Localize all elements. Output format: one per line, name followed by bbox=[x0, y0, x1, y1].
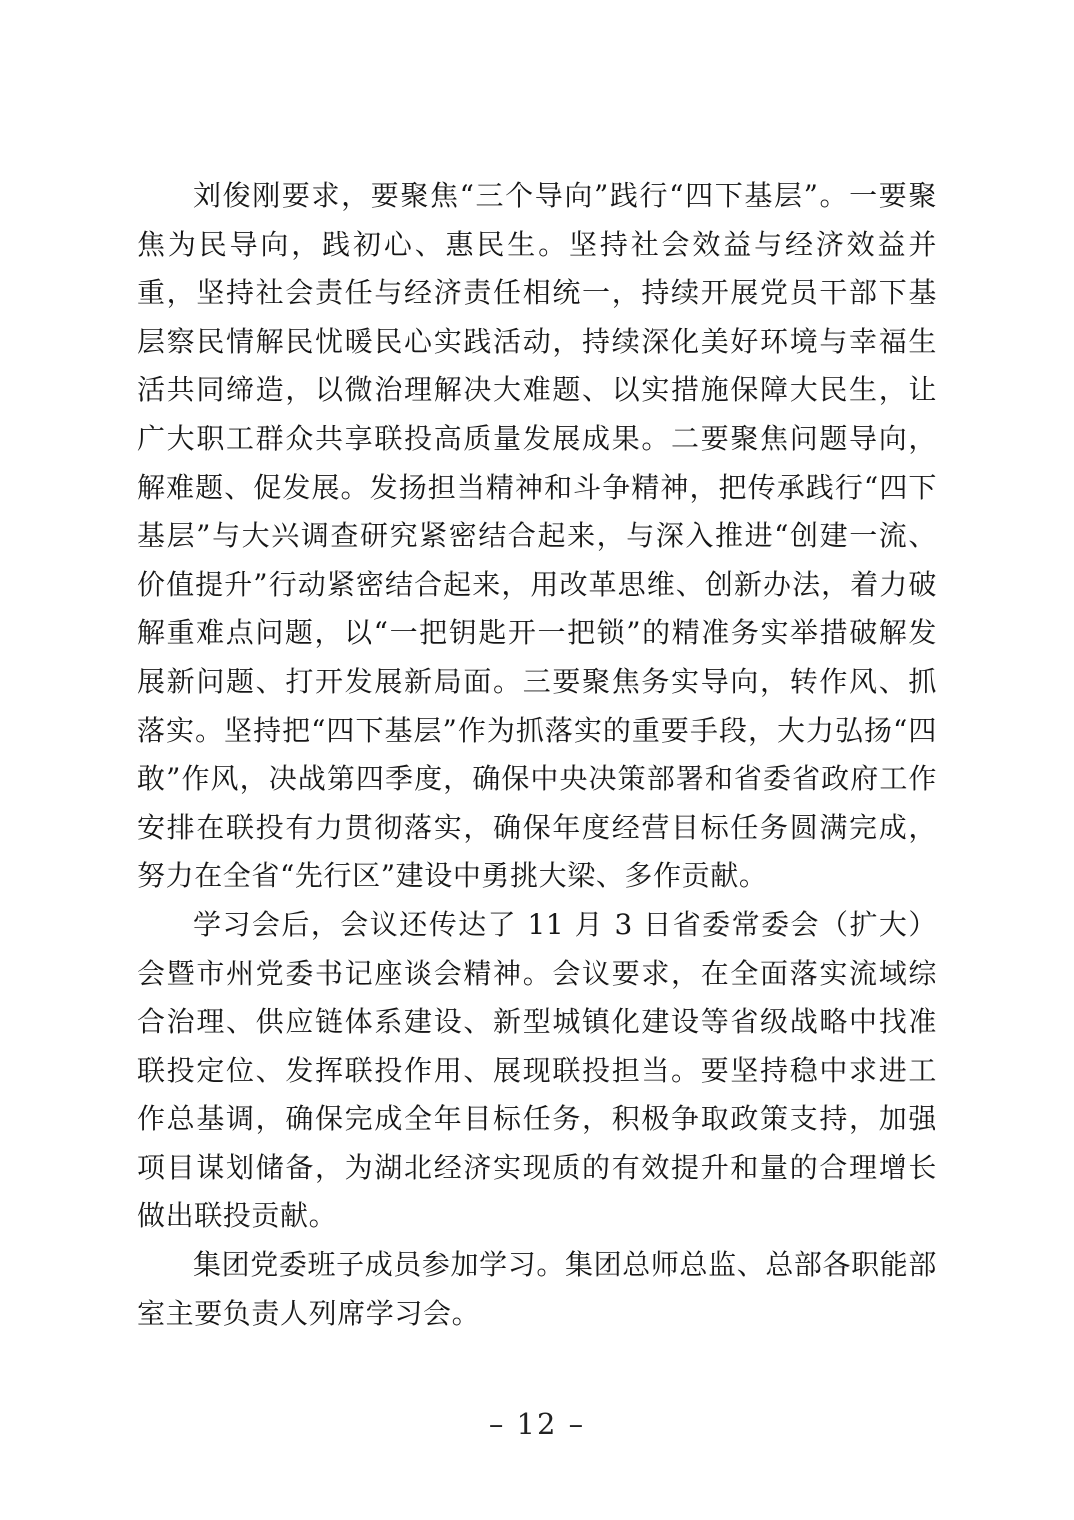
document-body: 刘俊刚要求，要聚焦“三个导向”践行“四下基层”。一要聚焦为民导向，践初心、惠民生… bbox=[137, 172, 937, 1338]
document-page: 刘俊刚要求，要聚焦“三个导向”践行“四下基层”。一要聚焦为民导向，践初心、惠民生… bbox=[0, 0, 1074, 1520]
page-number: – 12 – bbox=[0, 1406, 1074, 1442]
paragraph-3: 集团党委班子成员参加学习。集团总师总监、总部各职能部室主要负责人列席学习会。 bbox=[137, 1241, 937, 1338]
paragraph-1: 刘俊刚要求，要聚焦“三个导向”践行“四下基层”。一要聚焦为民导向，践初心、惠民生… bbox=[137, 172, 937, 901]
paragraph-2: 学习会后，会议还传达了 11 月 3 日省委常委会（扩大）会暨市州党委书记座谈会… bbox=[137, 901, 937, 1241]
